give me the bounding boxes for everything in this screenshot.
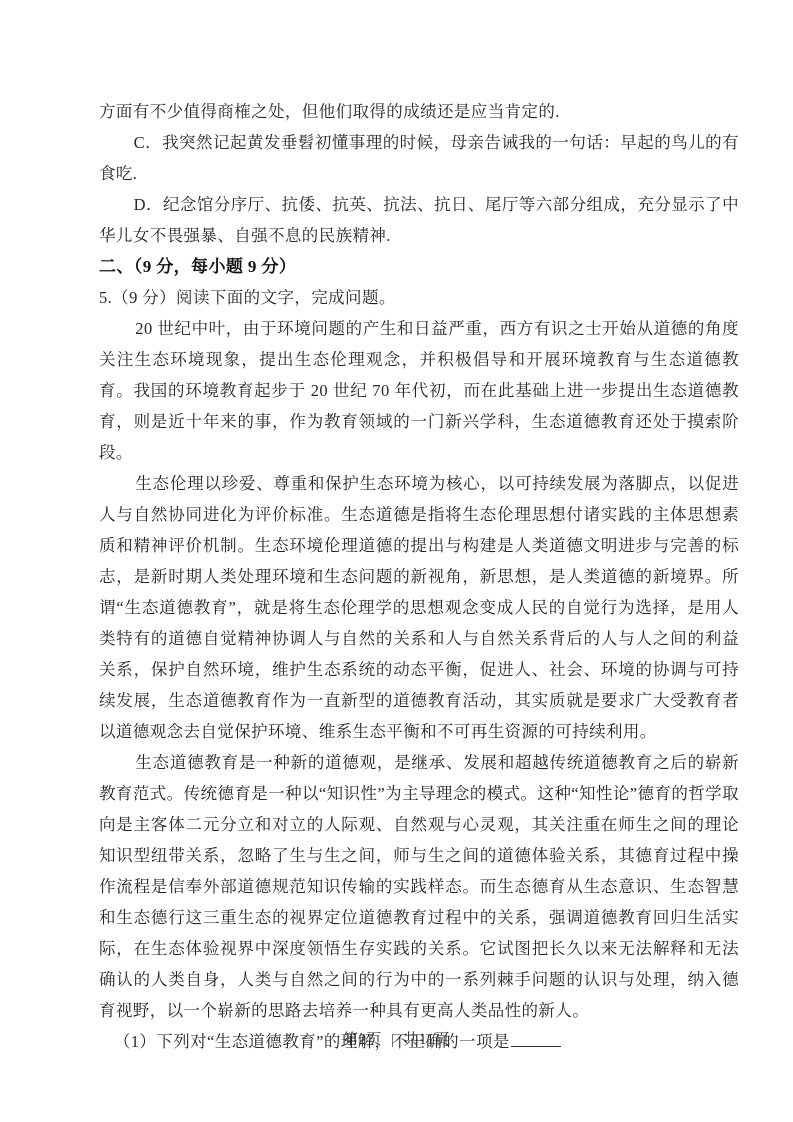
question-5-intro: 5.（9 分）阅读下面的文字，完成问题。 [99,282,739,313]
page-footer: 第2页|共11页 [0,1028,793,1049]
passage-paragraph-2: 生态伦理以珍爱、尊重和保护生态环境为核心，以可持续发展为落脚点，以促进人与自然协… [99,468,739,747]
footer-total-pages: 共11页 [404,1032,450,1048]
passage-paragraph-3: 生态道德教育是一种新的道德观，是继承、发展和超越传统道德教育之后的崭新教育范式。… [99,747,739,1026]
section-heading: 二、（9 分，每小题 9 分） [99,251,739,282]
footer-separator: | [391,1032,395,1049]
continuation-line: 方面有不少值得商榷之处，但他们取得的成绩还是应当肯定的. [99,96,739,127]
option-c: C．我突然记起黄发垂髫初懂事理的时候，母亲告诫我的一句话：早起的鸟儿的有食吃. [99,127,739,189]
passage-paragraph-1: 20 世纪中叶，由于环境问题的产生和日益严重，西方有识之士开始从道德的角度关注生… [99,313,739,468]
exam-paper-page: 方面有不少值得商榷之处，但他们取得的成绩还是应当肯定的. C．我突然记起黄发垂髫… [0,0,793,1122]
footer-page-number: 第2页 [343,1032,382,1048]
option-d: D．纪念馆分序厅、抗倭、抗英、抗法、抗日、尾厅等六部分组成，充分显示了中华儿女不… [99,189,739,251]
page-content: 方面有不少值得商榷之处，但他们取得的成绩还是应当肯定的. C．我突然记起黄发垂髫… [99,96,739,1057]
